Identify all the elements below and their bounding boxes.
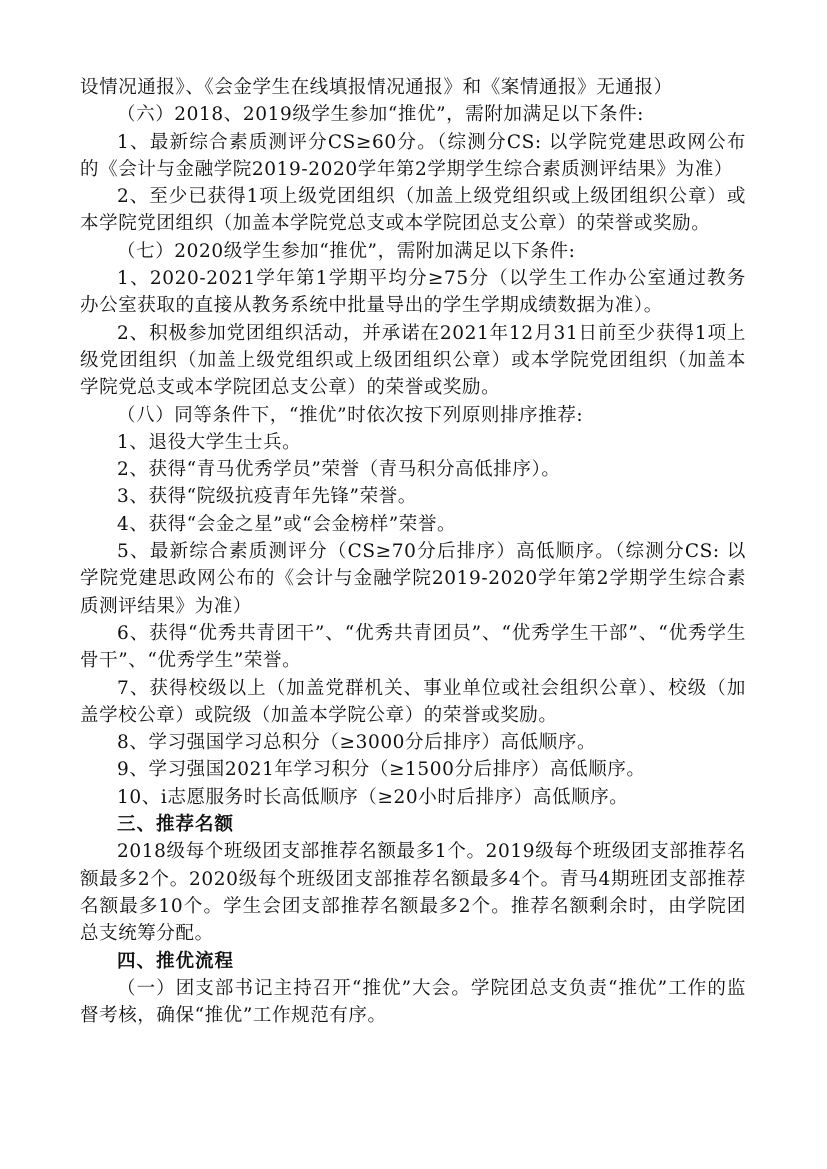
paragraph-item: 1、2020-2021学年第1学期平均分≥75分（以学生工作办公室通过教务办公室…: [80, 265, 746, 320]
paragraph-item: 2、积极参加党团组织活动，并承诺在2021年12月31日前至少获得1项上级党团组…: [80, 320, 746, 402]
paragraph-item: 1、最新综合素质测评分CS≥60分。（综测分CS: 以学院党建思政网公布的《会计…: [80, 129, 746, 184]
section-heading-quota: 三、推荐名额: [80, 811, 746, 838]
paragraph-item: 10、i志愿服务时长高低顺序（≥20小时后排序）高低顺序。: [80, 784, 746, 811]
paragraph-item: 6、获得“优秀共青团干”、“优秀共青团员”、“优秀学生干部”、“优秀学生骨干”、…: [80, 620, 746, 675]
paragraph-section-6: （六）2018、2019级学生参加“推优”，需附加满足以下条件:: [80, 101, 746, 128]
paragraph-section-7: （七）2020级学生参加“推优”，需附加满足以下条件:: [80, 238, 746, 265]
paragraph-item: 8、学习强国学习总积分（≥3000分后排序）高低顺序。: [80, 729, 746, 756]
paragraph-item: 2、至少已获得1项上级党团组织（加盖上级党组织或上级团组织公章）或本学院党团组织…: [80, 183, 746, 238]
document-page: 设情况通报》、《会金学生在线填报情况通报》和《案情通报》无通报） （六）2018…: [80, 74, 746, 1029]
paragraph-item: 3、获得“院级抗疫青年先锋”荣誉。: [80, 483, 746, 510]
paragraph-item: 9、学习强国2021年学习积分（≥1500分后排序）高低顺序。: [80, 756, 746, 783]
paragraph-section-8: （八）同等条件下，“推优”时依次按下列原则排序推荐:: [80, 402, 746, 429]
paragraph-item: 5、最新综合素质测评分（CS≥70分后排序）高低顺序。（综测分CS: 以学院党建…: [80, 538, 746, 620]
paragraph-item: 2、获得“青马优秀学员”荣誉（青马积分高低排序）。: [80, 456, 746, 483]
section-heading-process: 四、推优流程: [80, 948, 746, 975]
paragraph-continuation: 设情况通报》、《会金学生在线填报情况通报》和《案情通报》无通报）: [80, 74, 746, 101]
paragraph-item: 7、获得校级以上（加盖党群机关、事业单位或社会组织公章）、校级（加盖学校公章）或…: [80, 675, 746, 730]
paragraph-quota: 2018级每个班级团支部推荐名额最多1个。2019级每个班级团支部推荐名额最多2…: [80, 838, 746, 947]
paragraph-process-1: （一）团支部书记主持召开“推优”大会。学院团总支负责“推优”工作的监督考核，确保…: [80, 975, 746, 1030]
paragraph-item: 4、获得“会金之星”或“会金榜样”荣誉。: [80, 511, 746, 538]
paragraph-item: 1、退役大学生士兵。: [80, 429, 746, 456]
